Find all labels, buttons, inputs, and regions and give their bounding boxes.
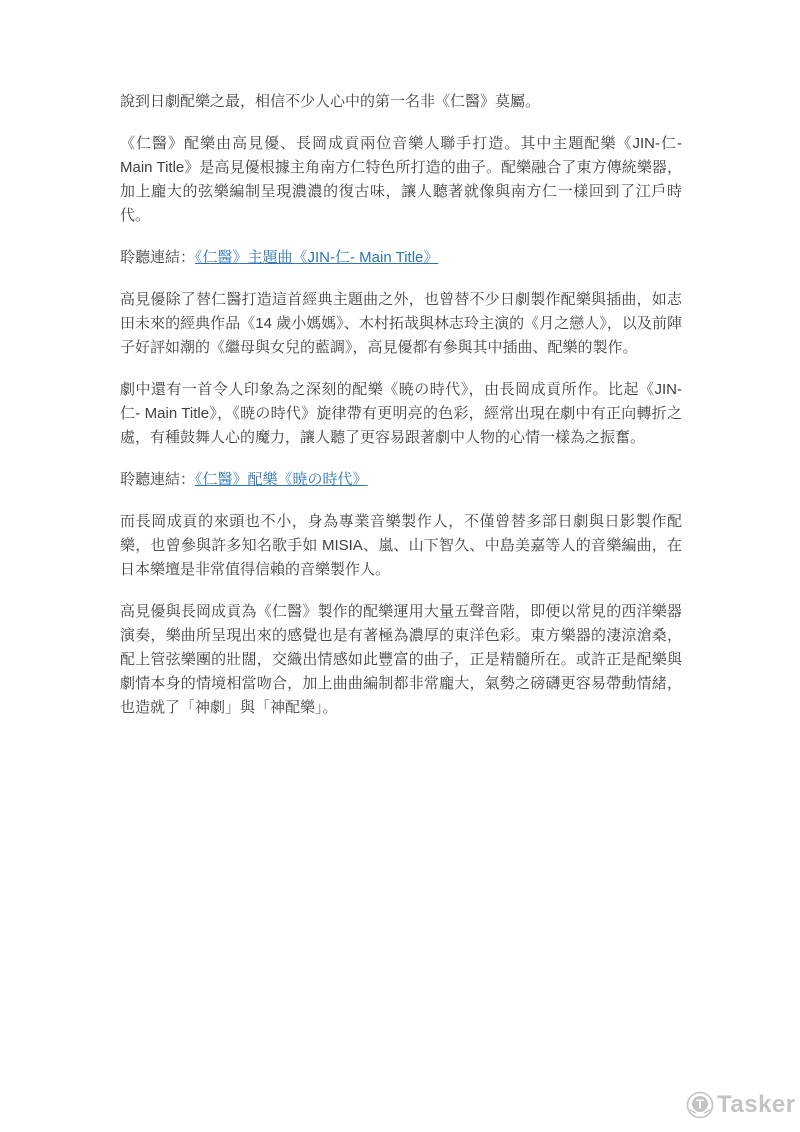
svg-text:T: T xyxy=(696,1097,704,1112)
listen-link-prefix: 聆聽連結： xyxy=(120,471,195,488)
paragraph-main-title: 《仁醫》配樂由高見優、長岡成貢兩位音樂人聯手打造。其中主題配樂《JIN-仁- M… xyxy=(120,132,682,228)
listen-link-prefix: 聆聽連結： xyxy=(120,249,195,266)
document-body: 說到日劇配樂之最，相信不少人心中的第一名非《仁醫》莫屬。 《仁醫》配樂由高見優、… xyxy=(120,90,682,738)
tasker-watermark: T Tasker xyxy=(686,1091,796,1119)
listen-link-line-main-title: 聆聽連結：《仁醫》主題曲《JIN-仁- Main Title》 xyxy=(120,246,682,270)
paragraph-takami-yu-works: 高見優除了替仁醫打造這首經典主題曲之外，也曾替不少日劇製作配樂與插曲，如志田未來… xyxy=(120,288,682,360)
tasker-watermark-label: Tasker xyxy=(717,1091,796,1119)
tasker-logo-icon: T xyxy=(686,1091,714,1119)
listen-link-akatsuki[interactable]: 《仁醫》配樂《暁の時代》 xyxy=(195,471,368,488)
listen-link-line-akatsuki: 聆聽連結：《仁醫》配樂《暁の時代》 xyxy=(120,468,682,492)
paragraph-intro: 說到日劇配樂之最，相信不少人心中的第一名非《仁醫》莫屬。 xyxy=(120,90,682,114)
paragraph-conclusion: 高見優與長岡成貢為《仁醫》製作的配樂運用大量五聲音階，即便以常見的西洋樂器演奏，… xyxy=(120,600,682,720)
paragraph-nagaoka-seiko: 而長岡成貢的來頭也不小，身為專業音樂製作人，不僅曾替多部日劇與日影製作配樂，也曾… xyxy=(120,510,682,582)
listen-link-main-title[interactable]: 《仁醫》主題曲《JIN-仁- Main Title》 xyxy=(195,249,438,266)
paragraph-akatsuki-no-jidai: 劇中還有一首令人印象為之深刻的配樂《暁の時代》，由長岡成貢所作。比起《JIN-仁… xyxy=(120,378,682,450)
